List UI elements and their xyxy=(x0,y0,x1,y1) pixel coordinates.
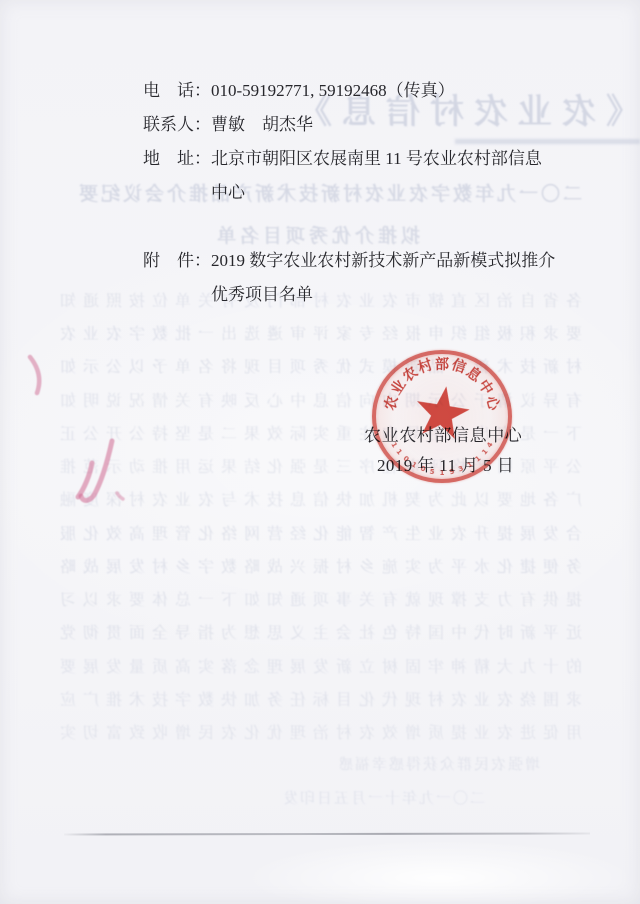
bleedthrough-text: 增强农民群众获得感幸福感 xyxy=(340,753,540,774)
contact-label: 联系人： xyxy=(143,108,211,142)
attachment-label: 附 件： xyxy=(143,244,211,312)
attachment-value-line: 优秀项目名单 xyxy=(211,278,567,312)
contact-value-line: 曹敏 胡杰华 xyxy=(211,108,567,142)
contact-label: 地 址： xyxy=(143,142,211,210)
bleedthrough-text: 提供有力支撑现就有关事项通知如下一总体要求以习 xyxy=(58,587,582,610)
footer-divider xyxy=(64,832,590,835)
attachment-value-line: 2019 数字农业农村新技术新产品新模式拟推介 xyxy=(211,244,567,278)
document-page: 《农业农村信息》二〇一九年数字农业农村新技术新产品推介会议纪要拟推介优秀项目名单… xyxy=(0,0,640,904)
contact-row: 电 话：010-59192771, 59192468（传真） xyxy=(143,74,567,108)
bleedthrough-text: 的十九大精神牢固树立新发展理念落实高质量发展要 xyxy=(58,654,582,677)
signature-org: 农业农村部信息中心 xyxy=(364,419,522,453)
bleedthrough-text: 合发展提升农业生产智能化经营网络化管理高效化服 xyxy=(58,521,582,544)
attachment-row: 附 件：2019 数字农业农村新技术新产品新模式拟推介优秀项目名单 xyxy=(143,244,567,312)
bleedthrough-text: 二〇一九年十一月五日印发 xyxy=(285,787,485,808)
bleedthrough-text: 要求积极组织申报经专家评审遴选出一批数字农业农 xyxy=(58,321,582,344)
contact-value-line: 北京市朝阳区农展南里 11 号农业农村部信息 xyxy=(211,142,567,176)
contact-row: 地 址：北京市朝阳区农展南里 11 号农业农村部信息中心 xyxy=(143,142,567,210)
contact-block: 电 话：010-59192771, 59192468（传真）联系人：曹敏 胡杰华… xyxy=(143,74,567,210)
attachment-block: 附 件：2019 数字农业农村新技术新产品新模式拟推介优秀项目名单 xyxy=(143,244,567,312)
signature-date: 2019 年 11 月 5 日 xyxy=(377,449,514,483)
bleedthrough-text: 务便捷化水平为实施乡村振兴战略数字乡村发展战略 xyxy=(58,554,582,577)
contact-row: 联系人：曹敏 胡杰华 xyxy=(143,108,567,142)
contact-value: 曹敏 胡杰华 xyxy=(211,108,567,142)
contact-value: 010-59192771, 59192468（传真） xyxy=(211,74,567,108)
contact-value: 北京市朝阳区农展南里 11 号农业农村部信息中心 xyxy=(211,142,567,210)
contact-label: 电 话： xyxy=(143,74,211,108)
bleedthrough-text: 求围绕农业农村现代化目标任务加快数字技术推广应 xyxy=(58,687,582,710)
contact-value-line: 中心 xyxy=(211,176,567,210)
bleedthrough-text: 用促进农业提质增效农村治理优化农民增收致富切实 xyxy=(58,720,582,743)
bleedthrough-text: 近平新时代中国特色社会主义思想为指导全面贯彻党 xyxy=(58,620,582,643)
contact-value-line: 010-59192771, 59192468（传真） xyxy=(211,74,567,108)
pen-scribble-marks xyxy=(20,345,150,510)
attachment-value: 2019 数字农业农村新技术新产品新模式拟推介优秀项目名单 xyxy=(211,244,567,312)
